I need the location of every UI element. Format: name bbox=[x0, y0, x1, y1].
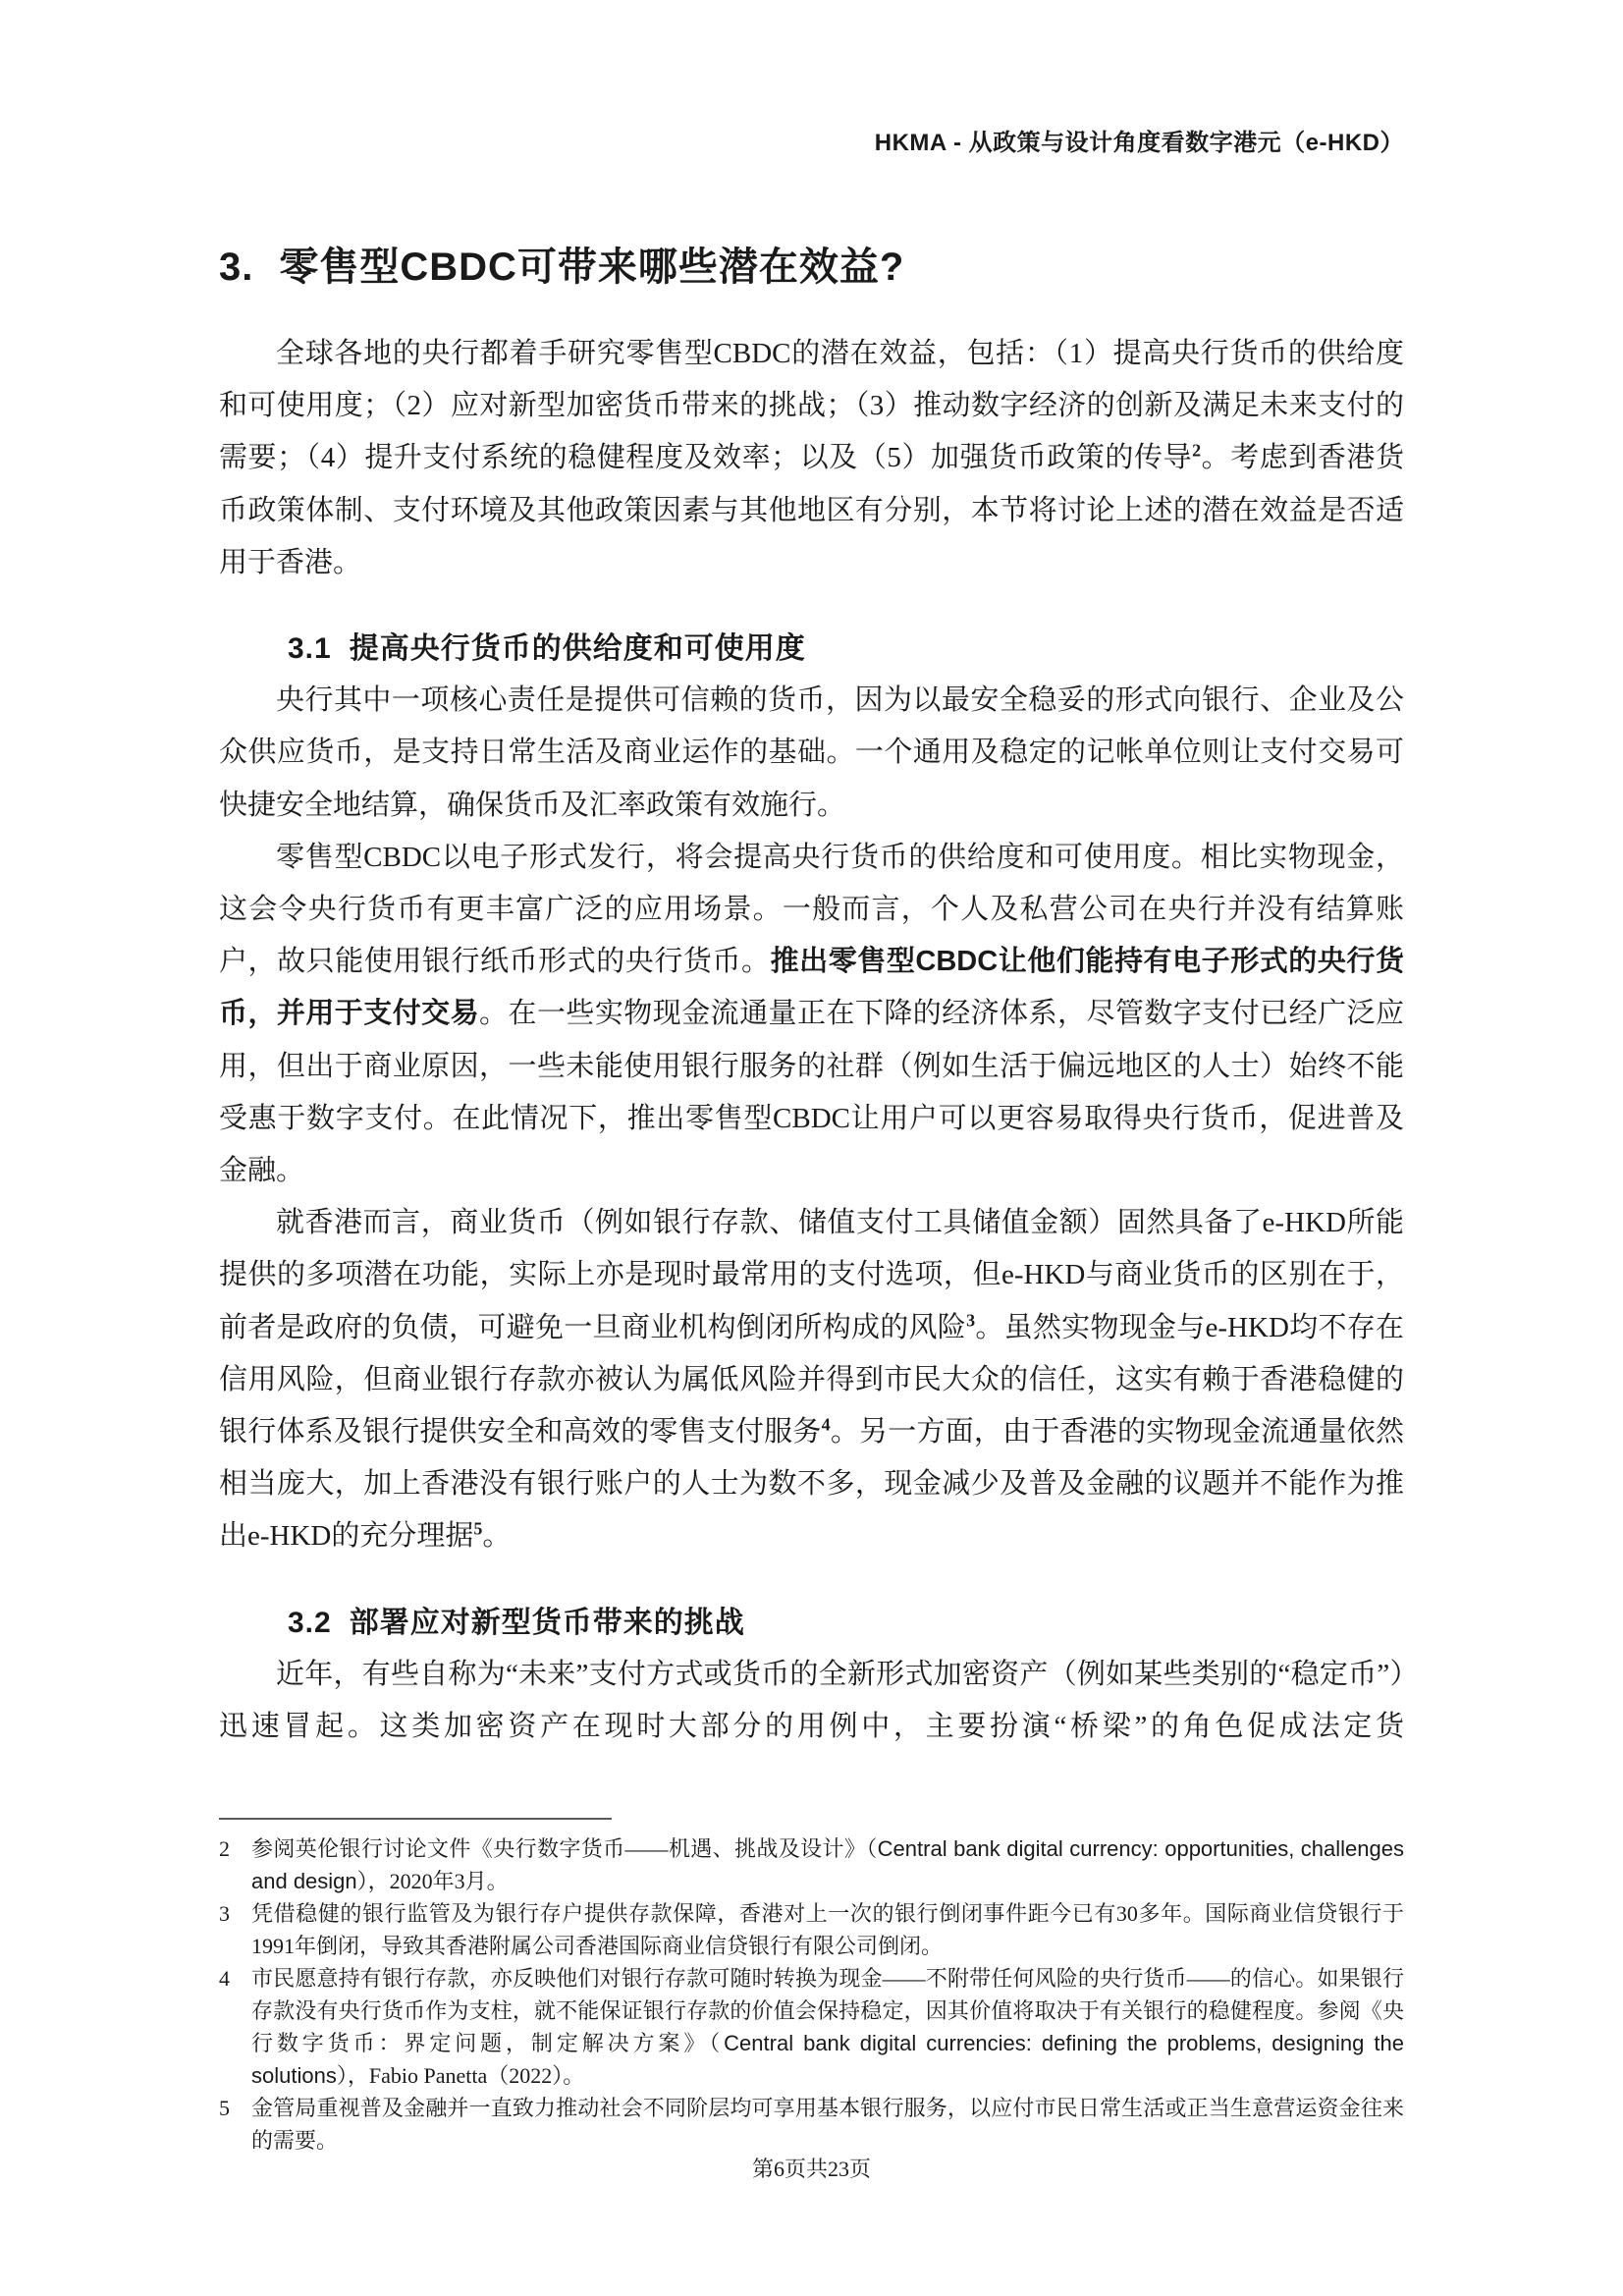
subsection-heading-3-2: 3.2部署应对新型货币带来的挑战 bbox=[288, 1597, 1404, 1649]
subsection-title-text: 部署应对新型货币带来的挑战 bbox=[350, 1607, 745, 1639]
header-title: HKMA - 从政策与设计角度看数字港元（e-HKD） bbox=[875, 130, 1404, 156]
section-number: 3. bbox=[219, 246, 253, 289]
document-page: HKMA - 从政策与设计角度看数字港元（e-HKD） 3.零售型CBDC可带来… bbox=[0, 0, 1623, 2296]
footnote-number: 4 bbox=[219, 1962, 230, 1995]
subsection-number: 3.2 bbox=[288, 1607, 332, 1639]
footnote-5: 5 金管局重视普及金融并一直致力推动社会不同阶层均可享用基本银行服务，以应付市民… bbox=[219, 2092, 1404, 2157]
footnote-4: 4 市民愿意持有银行存款，亦反映他们对银行存款可随时转换为现金——不附带任何风险… bbox=[219, 1962, 1404, 2092]
subsection-title-text: 提高央行货币的供给度和可使用度 bbox=[350, 632, 806, 665]
paragraph-hongkong-commercial-money: 就香港而言，商业货币（例如银行存款、储值支付工具储值金额）固然具备了e-HKD所… bbox=[219, 1197, 1404, 1562]
page-footer: 第6页共23页 bbox=[0, 2155, 1623, 2184]
footnote-text: 凭借稳健的银行监管及为银行存户提供存款保障，香港对上一次的银行倒闭事件距今已有3… bbox=[251, 1901, 1404, 1958]
document-body: 全球各地的央行都着手研究零售型CBDC的潜在效益，包括：（1）提高央行货币的供给… bbox=[219, 328, 1404, 1753]
footnotes-section: 2 参阅英伦银行讨论文件《央行数字货币——机遇、挑战及设计》（Central b… bbox=[219, 1818, 1404, 2157]
footnote-number: 2 bbox=[219, 1832, 230, 1865]
subsection-number: 3.1 bbox=[288, 632, 332, 665]
paragraph-intro: 全球各地的央行都着手研究零售型CBDC的潜在效益，包括：（1）提高央行货币的供给… bbox=[219, 328, 1404, 589]
footnote-separator bbox=[219, 1818, 612, 1820]
footnote-2: 2 参阅英伦银行讨论文件《央行数字货币——机遇、挑战及设计》（Central b… bbox=[219, 1832, 1404, 1897]
section-title-text: 零售型CBDC可带来哪些潜在效益? bbox=[279, 246, 904, 289]
paragraph-crypto-assets: 近年，有些自称为“未来”支付方式或货币的全新形式加密资产（例如某些类别的“稳定币… bbox=[219, 1649, 1404, 1753]
paragraph-cbdc-electronic: 零售型CBDC以电子形式发行，将会提高央行货币的供给度和可使用度。相比实物现金，… bbox=[219, 832, 1404, 1197]
footnote-number: 5 bbox=[219, 2092, 230, 2124]
page-number: 第6页共23页 bbox=[752, 2157, 871, 2181]
footnote-number: 3 bbox=[219, 1897, 230, 1930]
subsection-heading-3-1: 3.1提高央行货币的供给度和可使用度 bbox=[288, 623, 1404, 675]
footnote-text: 金管局重视普及金融并一直致力推动社会不同阶层均可享用基本银行服务，以应付市民日常… bbox=[251, 2096, 1404, 2153]
footnote-text: 参阅英伦银行讨论文件《央行数字货币——机遇、挑战及设计》（Central ban… bbox=[251, 1836, 1404, 1893]
page-title: 3.零售型CBDC可带来哪些潜在效益? bbox=[219, 242, 1404, 293]
footnote-3: 3 凭借稳健的银行监管及为银行存户提供存款保障，香港对上一次的银行倒闭事件距今已… bbox=[219, 1897, 1404, 1962]
paragraph-central-bank-duty: 央行其中一项核心责任是提供可信赖的货币，因为以最安全稳妥的形式向银行、企业及公众… bbox=[219, 675, 1404, 832]
page-header: HKMA - 从政策与设计角度看数字港元（e-HKD） bbox=[219, 129, 1404, 158]
footnote-text: 市民愿意持有银行存款，亦反映他们对银行存款可随时转换为现金——不附带任何风险的央… bbox=[251, 1966, 1404, 2088]
